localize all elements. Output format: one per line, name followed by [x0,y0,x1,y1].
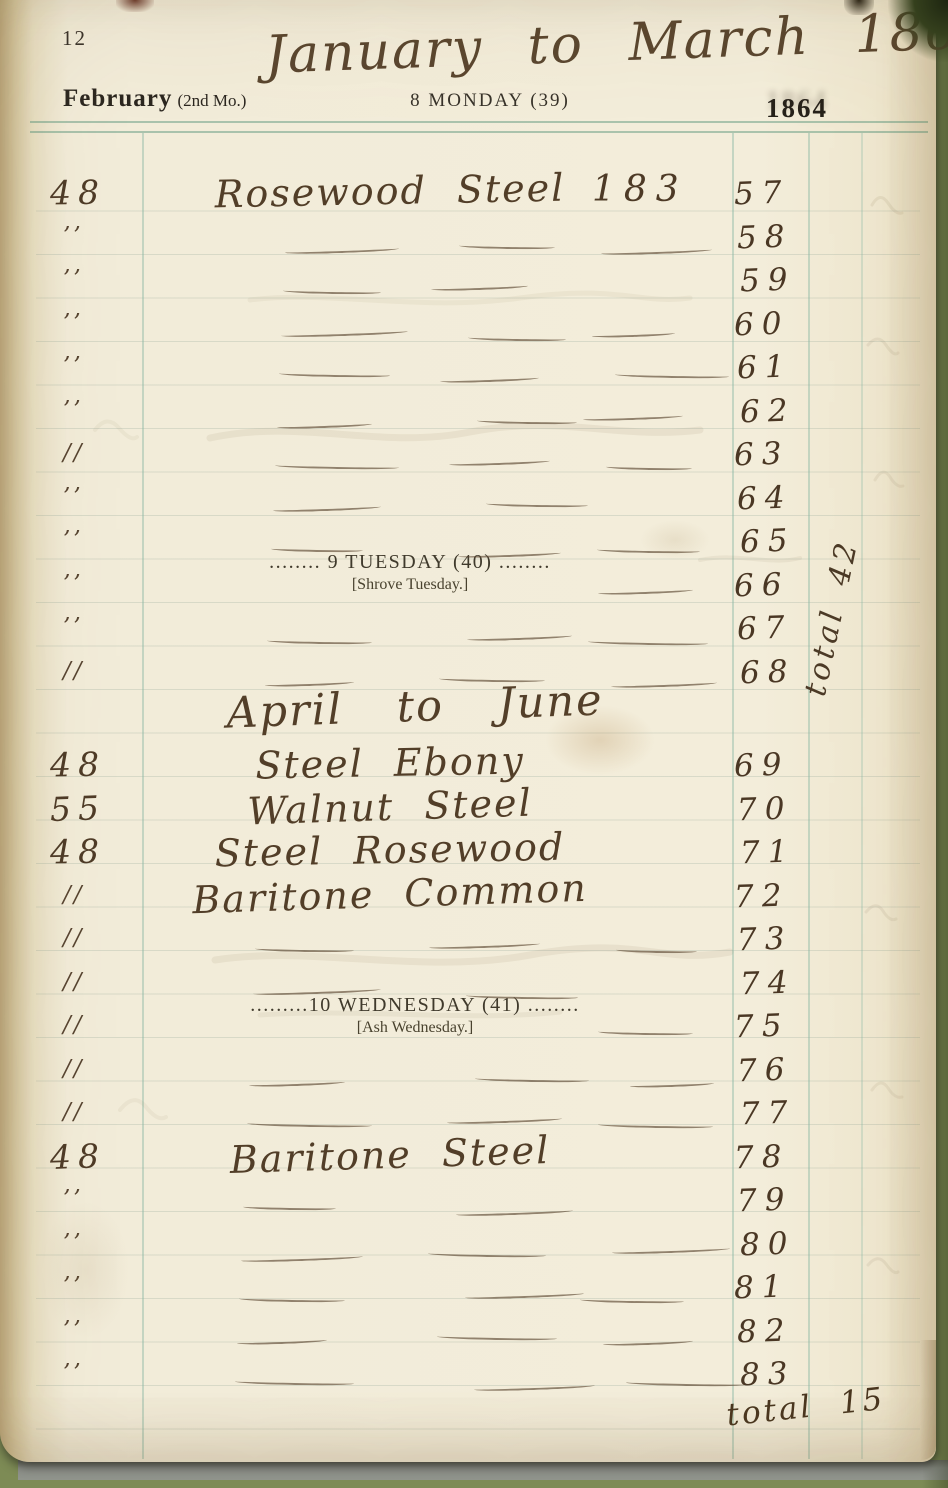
ditto-dash [253,986,381,995]
ditto-dash [630,1080,714,1088]
ditto-dash [243,1204,336,1211]
desk-shadow-strip [18,1460,948,1480]
ditto-dash [281,328,408,337]
printed-month-heading: February (2nd Mo.) [63,85,246,113]
ditto-dash [449,458,550,467]
entry-number: 65 [739,522,818,561]
ditto-dash [611,680,717,689]
handwritten-quarter-title: January to March 1868 [264,2,936,85]
entry-number: 57 [733,174,812,213]
ditto-dash [271,546,363,553]
entry-number: 64 [736,478,815,517]
ditto-dash [468,335,566,342]
ditto-dash [458,550,561,559]
diary-page: 12 February (2nd Mo.) 8 MONDAY (39) 1864… [0,0,936,1462]
quantity-cell: // [63,658,85,684]
ditto-dash [592,330,675,338]
item-description: Rosewood Steel [128,164,653,218]
ledger-row: ’’65 [0,523,936,567]
entry-number: 82 [736,1311,815,1350]
quantity-cell: 48 [50,832,107,872]
ditto-dash [626,1380,747,1387]
top-edge-smudge [116,0,154,12]
quantity-cell: // [63,925,85,951]
entry-number: 67 [736,609,815,648]
entry-number: 72 [733,876,812,915]
quantity-cell: // [63,1099,85,1125]
ditto-dash [283,288,381,295]
quantity-cell: ’’ [63,571,84,597]
quantity-cell: ’’ [63,1186,84,1212]
ditto-dash [580,1297,684,1304]
printed-day-heading: 8 MONDAY (39) [330,90,650,112]
ledger-row: //74 [0,965,936,1009]
quantity-cell: ’’ [63,484,84,510]
quantity-cell: ’’ [63,1360,84,1386]
amount-cell: 183 [592,169,688,210]
ditto-dash [597,547,700,554]
entry-number: 76 [736,1050,815,1089]
ledger-row: //75 [0,1008,936,1052]
entry-number: 74 [739,963,818,1002]
entry-number: 75 [733,1007,812,1046]
entry-number: 59 [739,261,818,300]
ditto-dash [247,1121,372,1128]
ditto-dash [606,464,692,471]
ledger-row: ’’82 [0,1313,936,1357]
top-edge-ink-blob [844,0,874,15]
quantity-cell: // [63,969,85,995]
quantity-cell: 55 [49,788,106,829]
ledger-row: ’’59 [0,262,936,306]
entry-number: 66 [733,565,812,604]
page-number: 12 [62,26,87,51]
ledger-row: //73 [0,921,936,965]
ditto-dash [447,1116,562,1125]
quantity-cell: ’’ [63,223,84,249]
entry-number: 81 [733,1268,812,1307]
ledger-row: //63 [0,436,936,480]
quantity-cell: 48 [50,173,107,213]
quantity-cell: ’’ [63,353,84,379]
entry-number: 73 [736,920,815,959]
ditto-dash [437,1333,557,1340]
ditto-dash [603,1338,693,1346]
ditto-dash [255,946,354,953]
entry-number: 69 [733,746,812,785]
ditto-dash [616,947,697,953]
ditto-dash [459,243,555,250]
ditto-dash [267,638,372,645]
quantity-cell: 48 [50,745,107,785]
quantity-cell: ’’ [63,1273,84,1299]
quantity-cell: 48 [49,1136,106,1177]
printed-year: 1864 [766,93,828,124]
ledger-row: 48Baritone Steel78 [0,1139,936,1183]
ledger-row: //Baritone Common72 [0,878,936,922]
ditto-dash [615,372,729,379]
ditto-dash [237,1337,327,1345]
quantity-cell: ’’ [63,1317,84,1343]
entry-number: 79 [736,1181,815,1220]
quantity-cell: ’’ [63,614,84,640]
ditto-dash [440,375,539,383]
ditto-dash [477,418,577,425]
ledger-row: ’’81 [0,1269,936,1313]
ledger-row: ’’62 [0,393,936,437]
entry-number: 62 [739,391,818,430]
ditto-dash [612,1245,730,1254]
entry-number: 58 [736,217,815,256]
ledger-row: ’’58 [0,219,936,263]
quantity-cell: ’’ [63,266,84,292]
ditto-dash [273,504,381,513]
ledger-row: //76 [0,1052,936,1096]
quantity-cell: ’’ [63,397,84,423]
quantity-cell: // [63,440,85,466]
ditto-dash [466,993,578,1000]
ditto-dash [285,246,399,255]
ditto-dash [598,587,693,595]
ditto-dash [235,1379,354,1386]
entry-number: 77 [739,1094,818,1133]
entry-number: 63 [733,435,812,474]
ledger-row: ’’67 [0,610,936,654]
ditto-dash [474,1383,595,1392]
ledger-row: //68 [0,654,936,698]
ditto-dash [475,1076,589,1083]
entry-number: 71 [739,833,818,872]
ditto-dash [239,1296,345,1303]
quantity-cell: // [63,1012,85,1038]
ditto-dash [429,941,540,950]
entry-number: 70 [736,789,815,828]
binding-corner-shadow [888,0,948,62]
entry-number: 80 [739,1224,818,1263]
ditto-dash [431,283,528,291]
ledger-row: ’’64 [0,480,936,524]
ditto-dash [456,1208,573,1217]
ditto-dash [467,633,572,642]
ditto-dash [486,501,588,508]
ledger-row: ’’66 [0,567,936,611]
ledger-row: ’’80 [0,1226,936,1270]
ledger-row: ’’60 [0,306,936,350]
month-ordinal: (2nd Mo.) [177,91,246,110]
quantity-cell: // [63,882,85,908]
ditto-dash [601,247,712,256]
month-name: February [63,85,172,112]
ditto-dash [277,421,372,429]
ditto-dash [249,1079,345,1087]
entry-number: 78 [733,1137,812,1176]
entry-number: 83 [739,1355,818,1394]
entry-number: 61 [736,348,815,387]
ditto-dash [275,463,399,470]
quantity-cell: ’’ [63,310,84,336]
ditto-dash [241,1253,363,1262]
ditto-dash [428,1250,546,1257]
ledger-row: ’’61 [0,349,936,393]
ditto-dash [598,1029,693,1036]
quantity-cell: ’’ [63,527,84,553]
ledger-row: 48Rosewood Steel18357 [0,175,936,219]
quantity-cell: ’’ [63,1230,84,1256]
ditto-dash [465,1291,584,1300]
page-edge-tear [920,1340,936,1460]
ditto-dash [588,639,708,646]
ditto-dash [583,413,683,421]
ditto-dash [265,679,354,687]
ditto-dash [439,676,545,683]
quantity-cell: // [63,1056,85,1082]
entry-number: 60 [733,304,812,343]
ditto-dash [279,371,390,378]
ledger-row: ’’79 [0,1182,936,1226]
